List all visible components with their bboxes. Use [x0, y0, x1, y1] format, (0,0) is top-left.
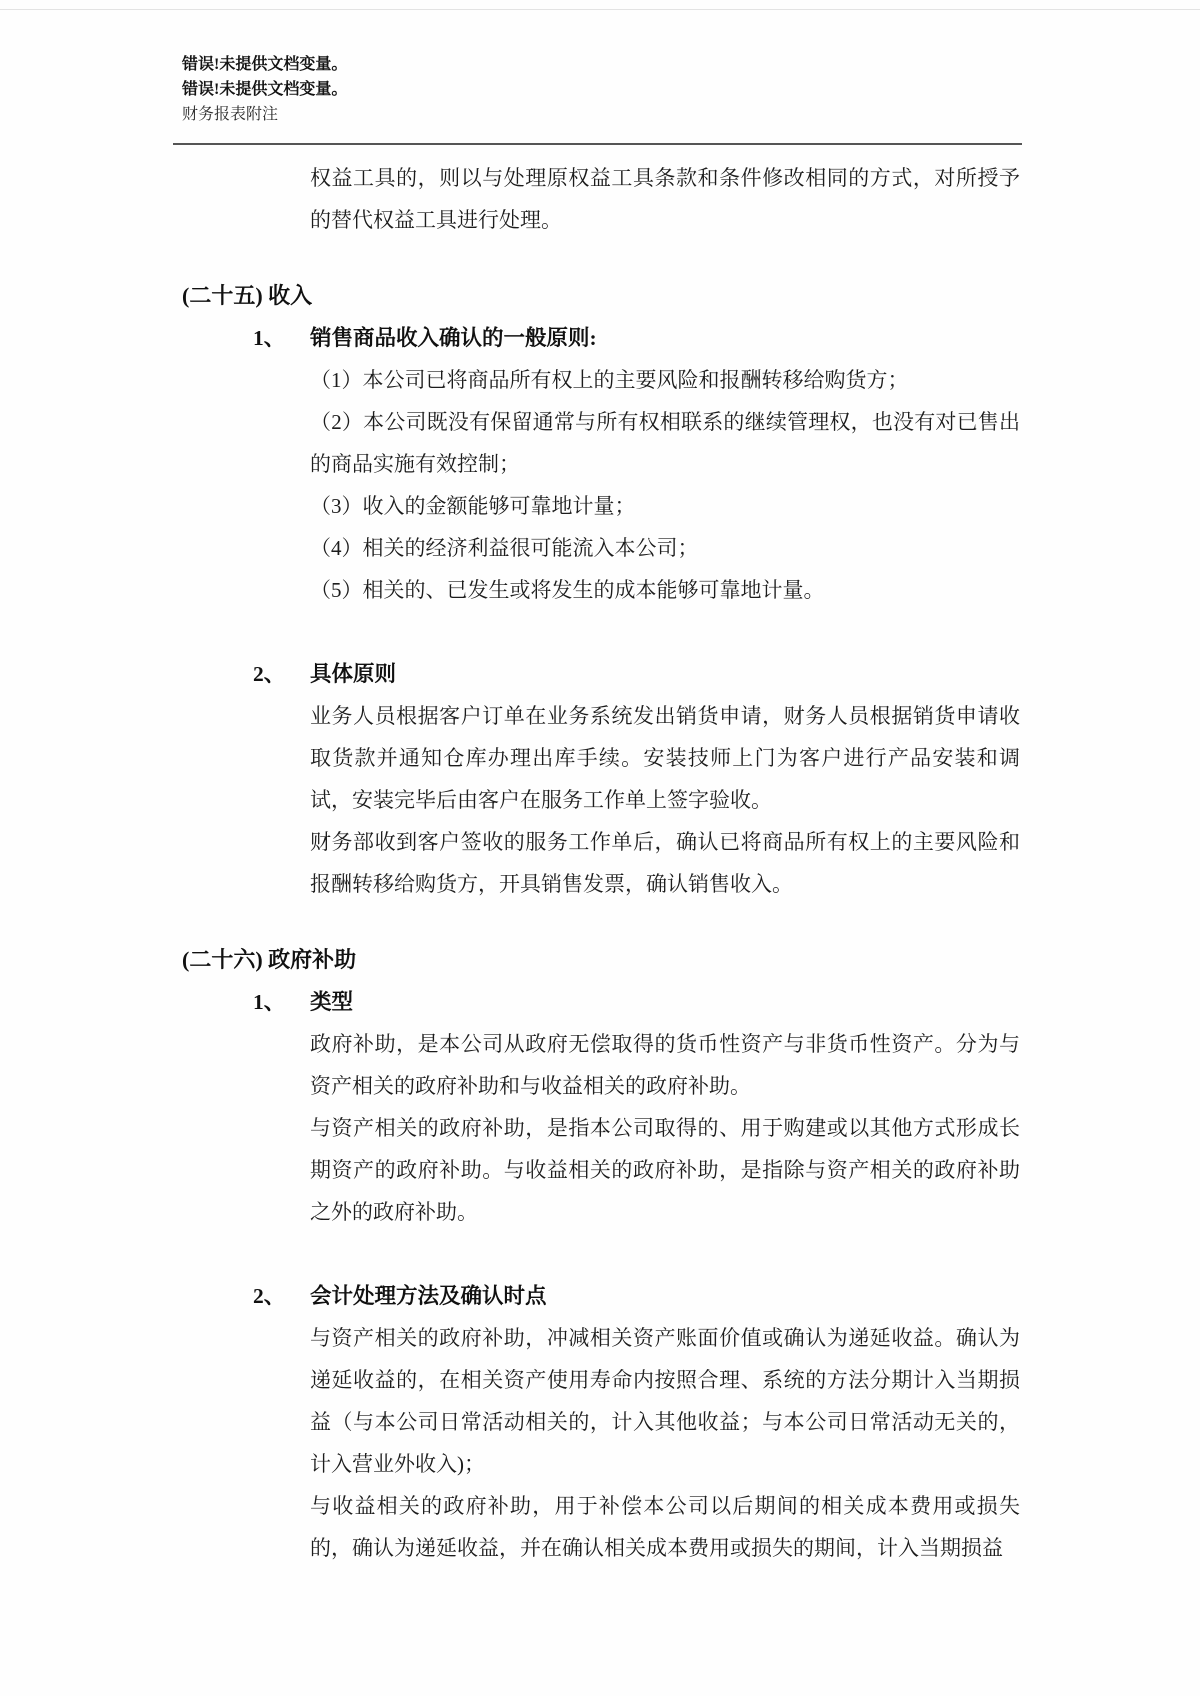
- paragraph: （1）本公司已将商品所有权上的主要风险和报酬转移给购货方；: [310, 359, 1020, 401]
- paragraph: 与资产相关的政府补助，是指本公司取得的、用于购建或以其他方式形成长期资产的政府补…: [310, 1107, 1020, 1233]
- item-number: 2、: [253, 653, 285, 695]
- paragraph: （4）相关的经济利益很可能流入本公司；: [310, 527, 1020, 569]
- header-error-line-2: 错误!未提供文档变量。: [182, 77, 1200, 102]
- item-number: 1、: [253, 981, 285, 1023]
- header-subtitle: 财务报表附注: [182, 102, 1200, 127]
- item-heading-26-2: 2、 会计处理方法及确认时点: [310, 1275, 1020, 1317]
- item-title: 类型: [310, 990, 353, 1014]
- header-error-line-1: 错误!未提供文档变量。: [182, 52, 1200, 77]
- document-body: 权益工具的，则以与处理原权益工具条款和条件修改相同的方式，对所授予的替代权益工具…: [310, 157, 1020, 1569]
- document-header: 错误!未提供文档变量。 错误!未提供文档变量。 财务报表附注: [0, 0, 1200, 127]
- paragraph: 财务部收到客户签收的服务工作单后，确认已将商品所有权上的主要风险和报酬转移给购货…: [310, 821, 1020, 905]
- section-heading-25-revenue: (二十五) 收入: [182, 275, 1020, 317]
- item-heading-25-1: 1、 销售商品收入确认的一般原则:: [310, 317, 1020, 359]
- paragraph: 与资产相关的政府补助，冲减相关资产账面价值或确认为递延收益。确认为递延收益的，在…: [310, 1317, 1020, 1485]
- item-title: 销售商品收入确认的一般原则:: [310, 326, 597, 350]
- intro-paragraph: 权益工具的，则以与处理原权益工具条款和条件修改相同的方式，对所授予的替代权益工具…: [310, 157, 1020, 241]
- paragraph: 政府补助，是本公司从政府无偿取得的货币性资产与非货币性资产。分为与资产相关的政府…: [310, 1023, 1020, 1107]
- paragraph: （2）本公司既没有保留通常与所有权相联系的继续管理权，也没有对已售出的商品实施有…: [310, 401, 1020, 485]
- document-page: 错误!未提供文档变量。 错误!未提供文档变量。 财务报表附注 权益工具的，则以与…: [0, 0, 1200, 1696]
- section-heading-26-government-grants: (二十六) 政府补助: [182, 939, 1020, 981]
- header-rule: [173, 143, 1022, 145]
- paragraph: 业务人员根据客户订单在业务系统发出销货申请，财务人员根据销货申请收取货款并通知仓…: [310, 695, 1020, 821]
- item-heading-25-2: 2、 具体原则: [310, 653, 1020, 695]
- paragraph: （5）相关的、已发生或将发生的成本能够可靠地计量。: [310, 569, 1020, 611]
- paragraph: 与收益相关的政府补助，用于补偿本公司以后期间的相关成本费用或损失的，确认为递延收…: [310, 1485, 1020, 1569]
- item-number: 2、: [253, 1275, 285, 1317]
- paragraph: （3）收入的金额能够可靠地计量；: [310, 485, 1020, 527]
- item-title: 具体原则: [310, 662, 396, 686]
- item-number: 1、: [253, 317, 285, 359]
- item-title: 会计处理方法及确认时点: [310, 1284, 547, 1308]
- scan-artifact-line: [0, 9, 1200, 10]
- item-heading-26-1: 1、 类型: [310, 981, 1020, 1023]
